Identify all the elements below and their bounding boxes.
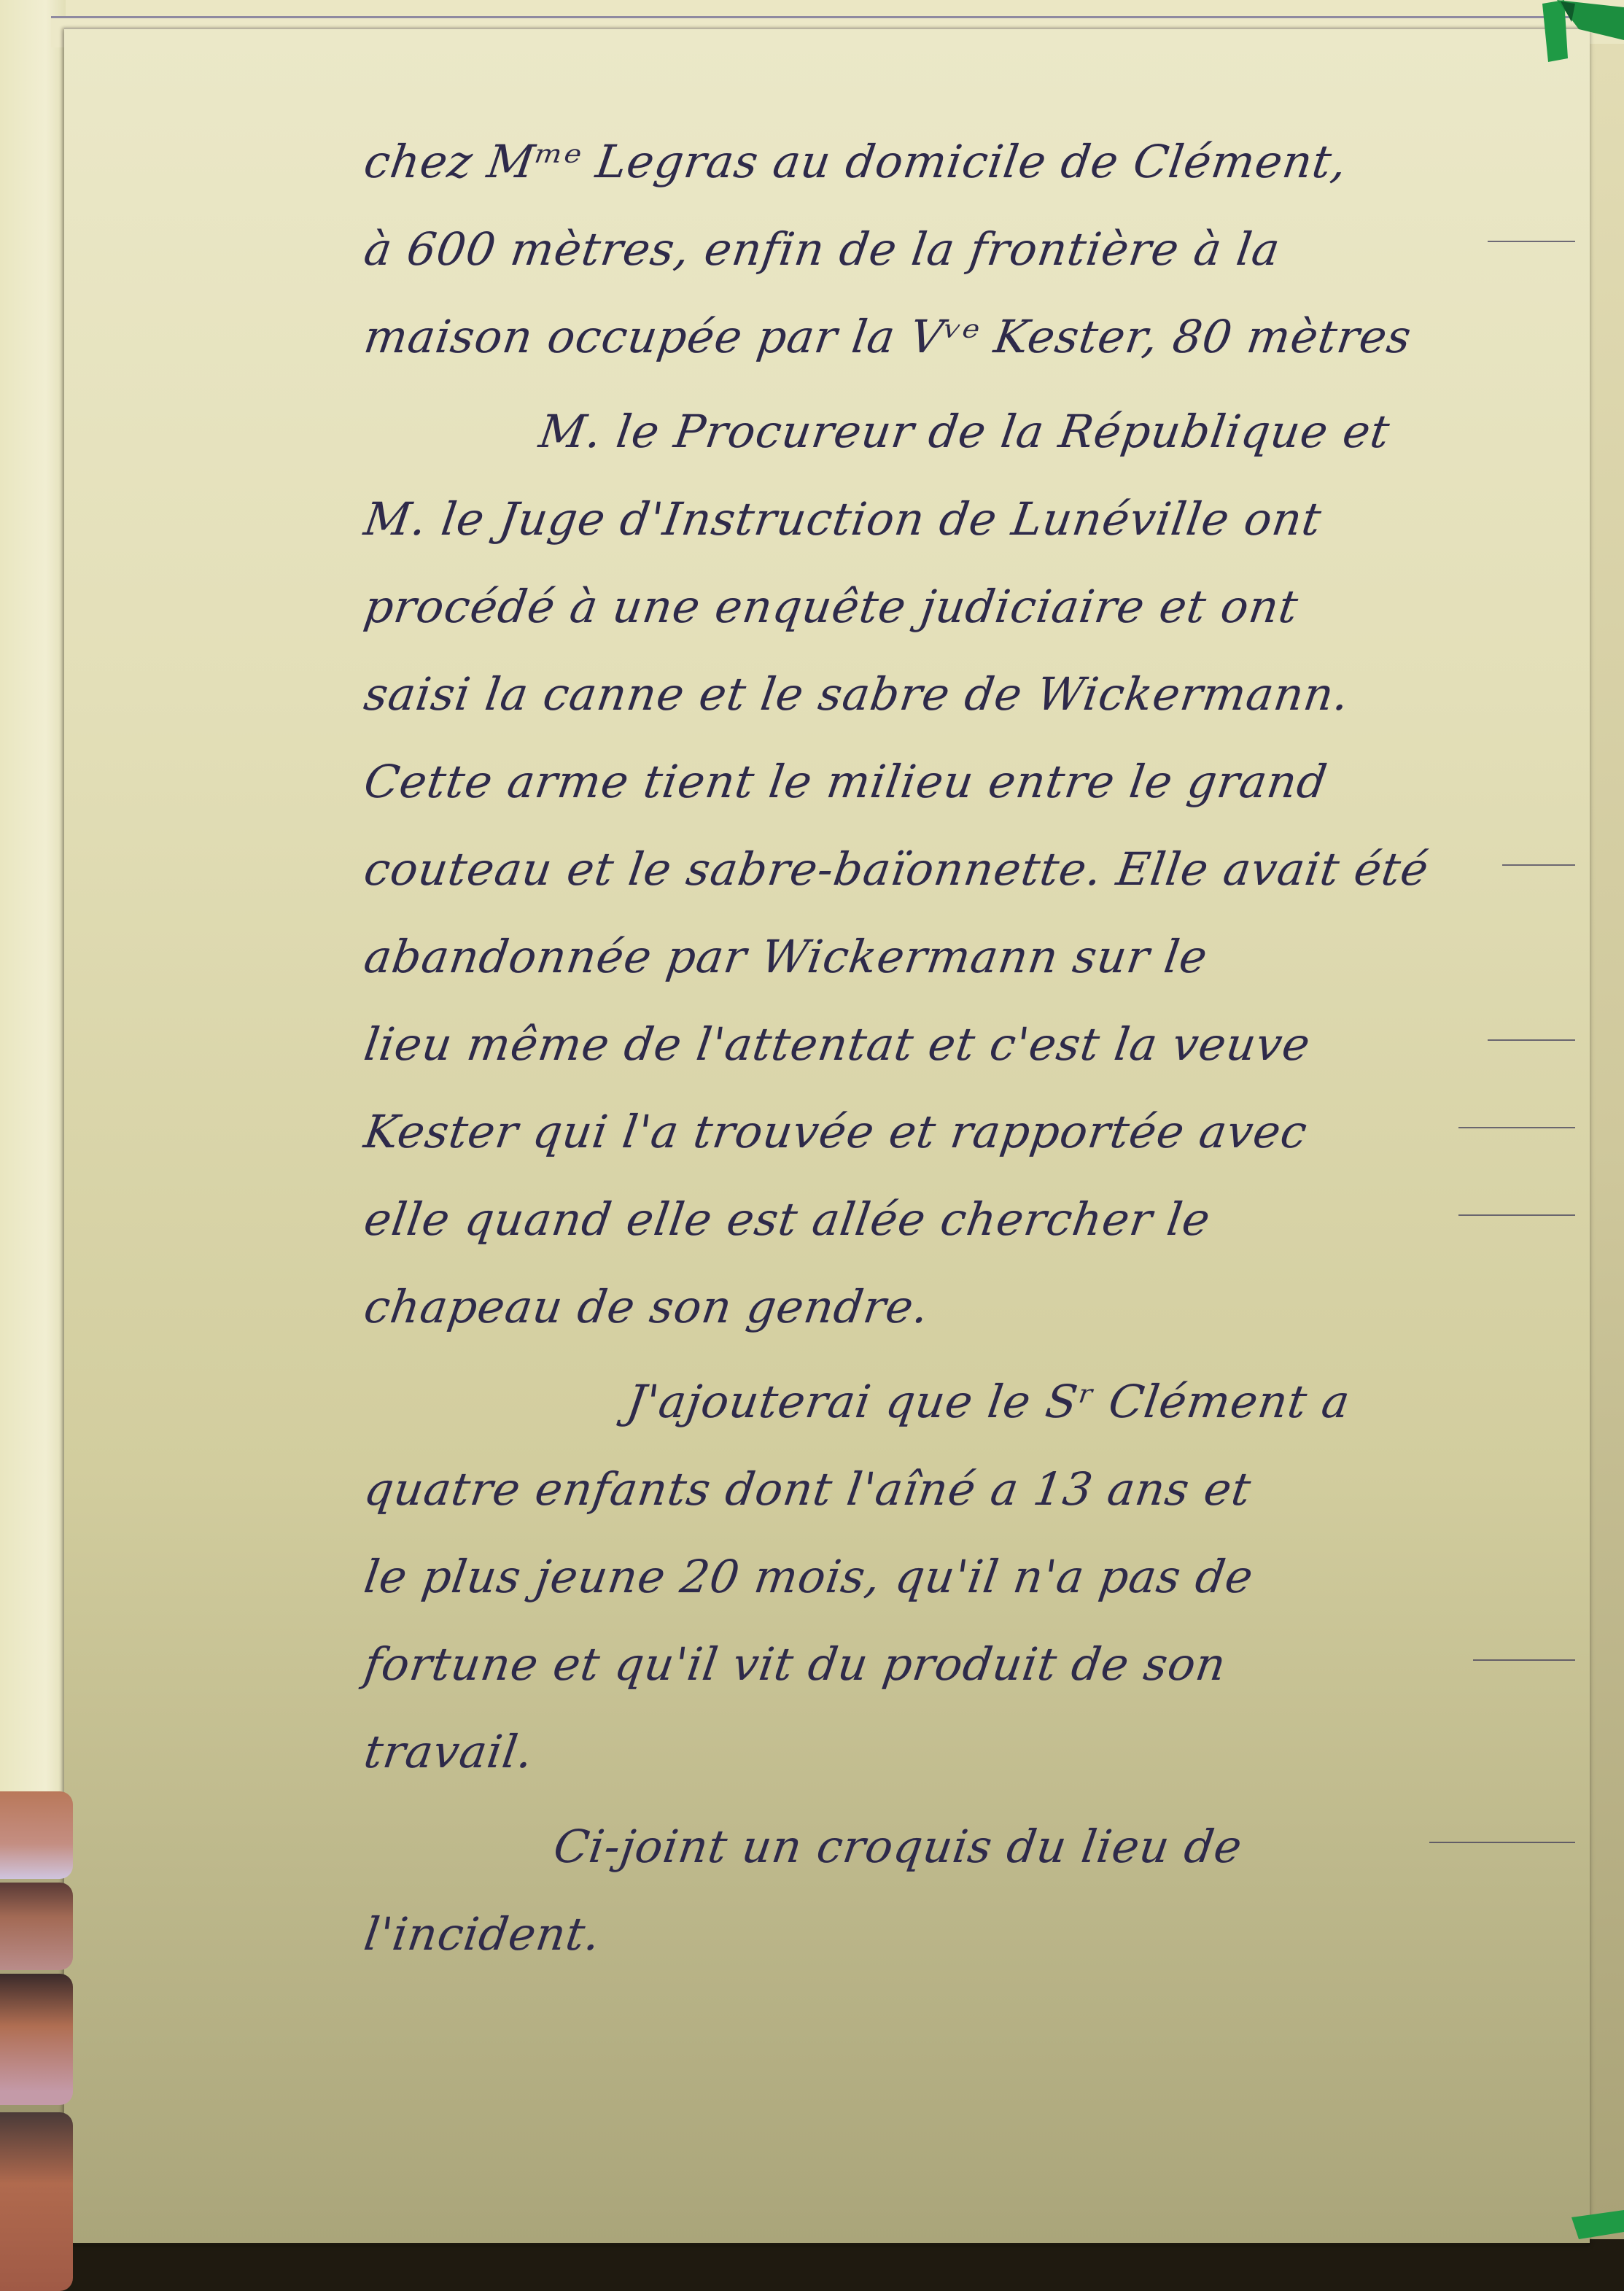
underlying-sheet-right: [1588, 44, 1624, 2247]
text-line: saisi la canne et le sabre de Wickermann…: [361, 667, 1353, 721]
text-line: fortune et qu'il vit du produit de son: [361, 1637, 1229, 1691]
text-line: Cette arme tient le milieu entre le gran…: [361, 755, 1331, 808]
text-line: abandonnée par Wickermann sur le: [361, 930, 1211, 983]
text-line: M. le Juge d'Instruction de Lunéville on…: [361, 492, 1325, 546]
text-line: elle quand elle est allée chercher le: [361, 1193, 1214, 1246]
green-ribbon-bottom-icon: [1571, 2195, 1624, 2247]
line-filler-stroke: [1458, 1214, 1575, 1216]
text-line: l'incident.: [361, 1907, 604, 1961]
text-line: quatre enfants dont l'aîné a 13 ans et: [361, 1462, 1255, 1516]
text-line: couteau et le sabre-baïonnette. Elle ava…: [361, 842, 1432, 896]
text-line: travail.: [361, 1725, 537, 1778]
line-filler-stroke: [1488, 241, 1575, 242]
line-filler-stroke: [1502, 864, 1575, 866]
line-filler-stroke: [1458, 1127, 1575, 1128]
text-line: procédé à une enquête judiciaire et ont: [361, 580, 1302, 633]
text-line: à 600 mètres, enfin de la frontière à la: [361, 222, 1283, 276]
text-line: le plus jeune 20 mois, qu'il n'a pas de: [361, 1550, 1257, 1603]
paragraph-start-line: J'ajouterai que le Sʳ Clément a: [623, 1375, 1353, 1428]
line-filler-stroke: [1429, 1842, 1575, 1843]
line-filler-stroke: [1488, 1039, 1575, 1041]
paragraph-start-line: M. le Procureur de la République et: [536, 405, 1394, 458]
text-line: chez Mᵐᵉ Legras au domicile de Clément,: [361, 135, 1351, 188]
table-surface: [0, 2239, 1624, 2291]
finger-holding-page: [0, 1791, 73, 2291]
underlying-sheet-left: [0, 0, 66, 1809]
line-filler-stroke: [1473, 1659, 1575, 1661]
text-line: lieu même de l'attentat et c'est la veuv…: [361, 1017, 1314, 1071]
text-line: Kester qui l'a trouvée et rapportée avec: [361, 1105, 1311, 1158]
text-line: maison occupée par la Vᵛᵉ Kester, 80 mèt…: [361, 310, 1415, 363]
paragraph-start-line: Ci-joint un croquis du lieu de: [551, 1820, 1246, 1873]
green-ribbon-icon: [1535, 0, 1624, 66]
text-line: chapeau de son gendre.: [361, 1280, 933, 1333]
